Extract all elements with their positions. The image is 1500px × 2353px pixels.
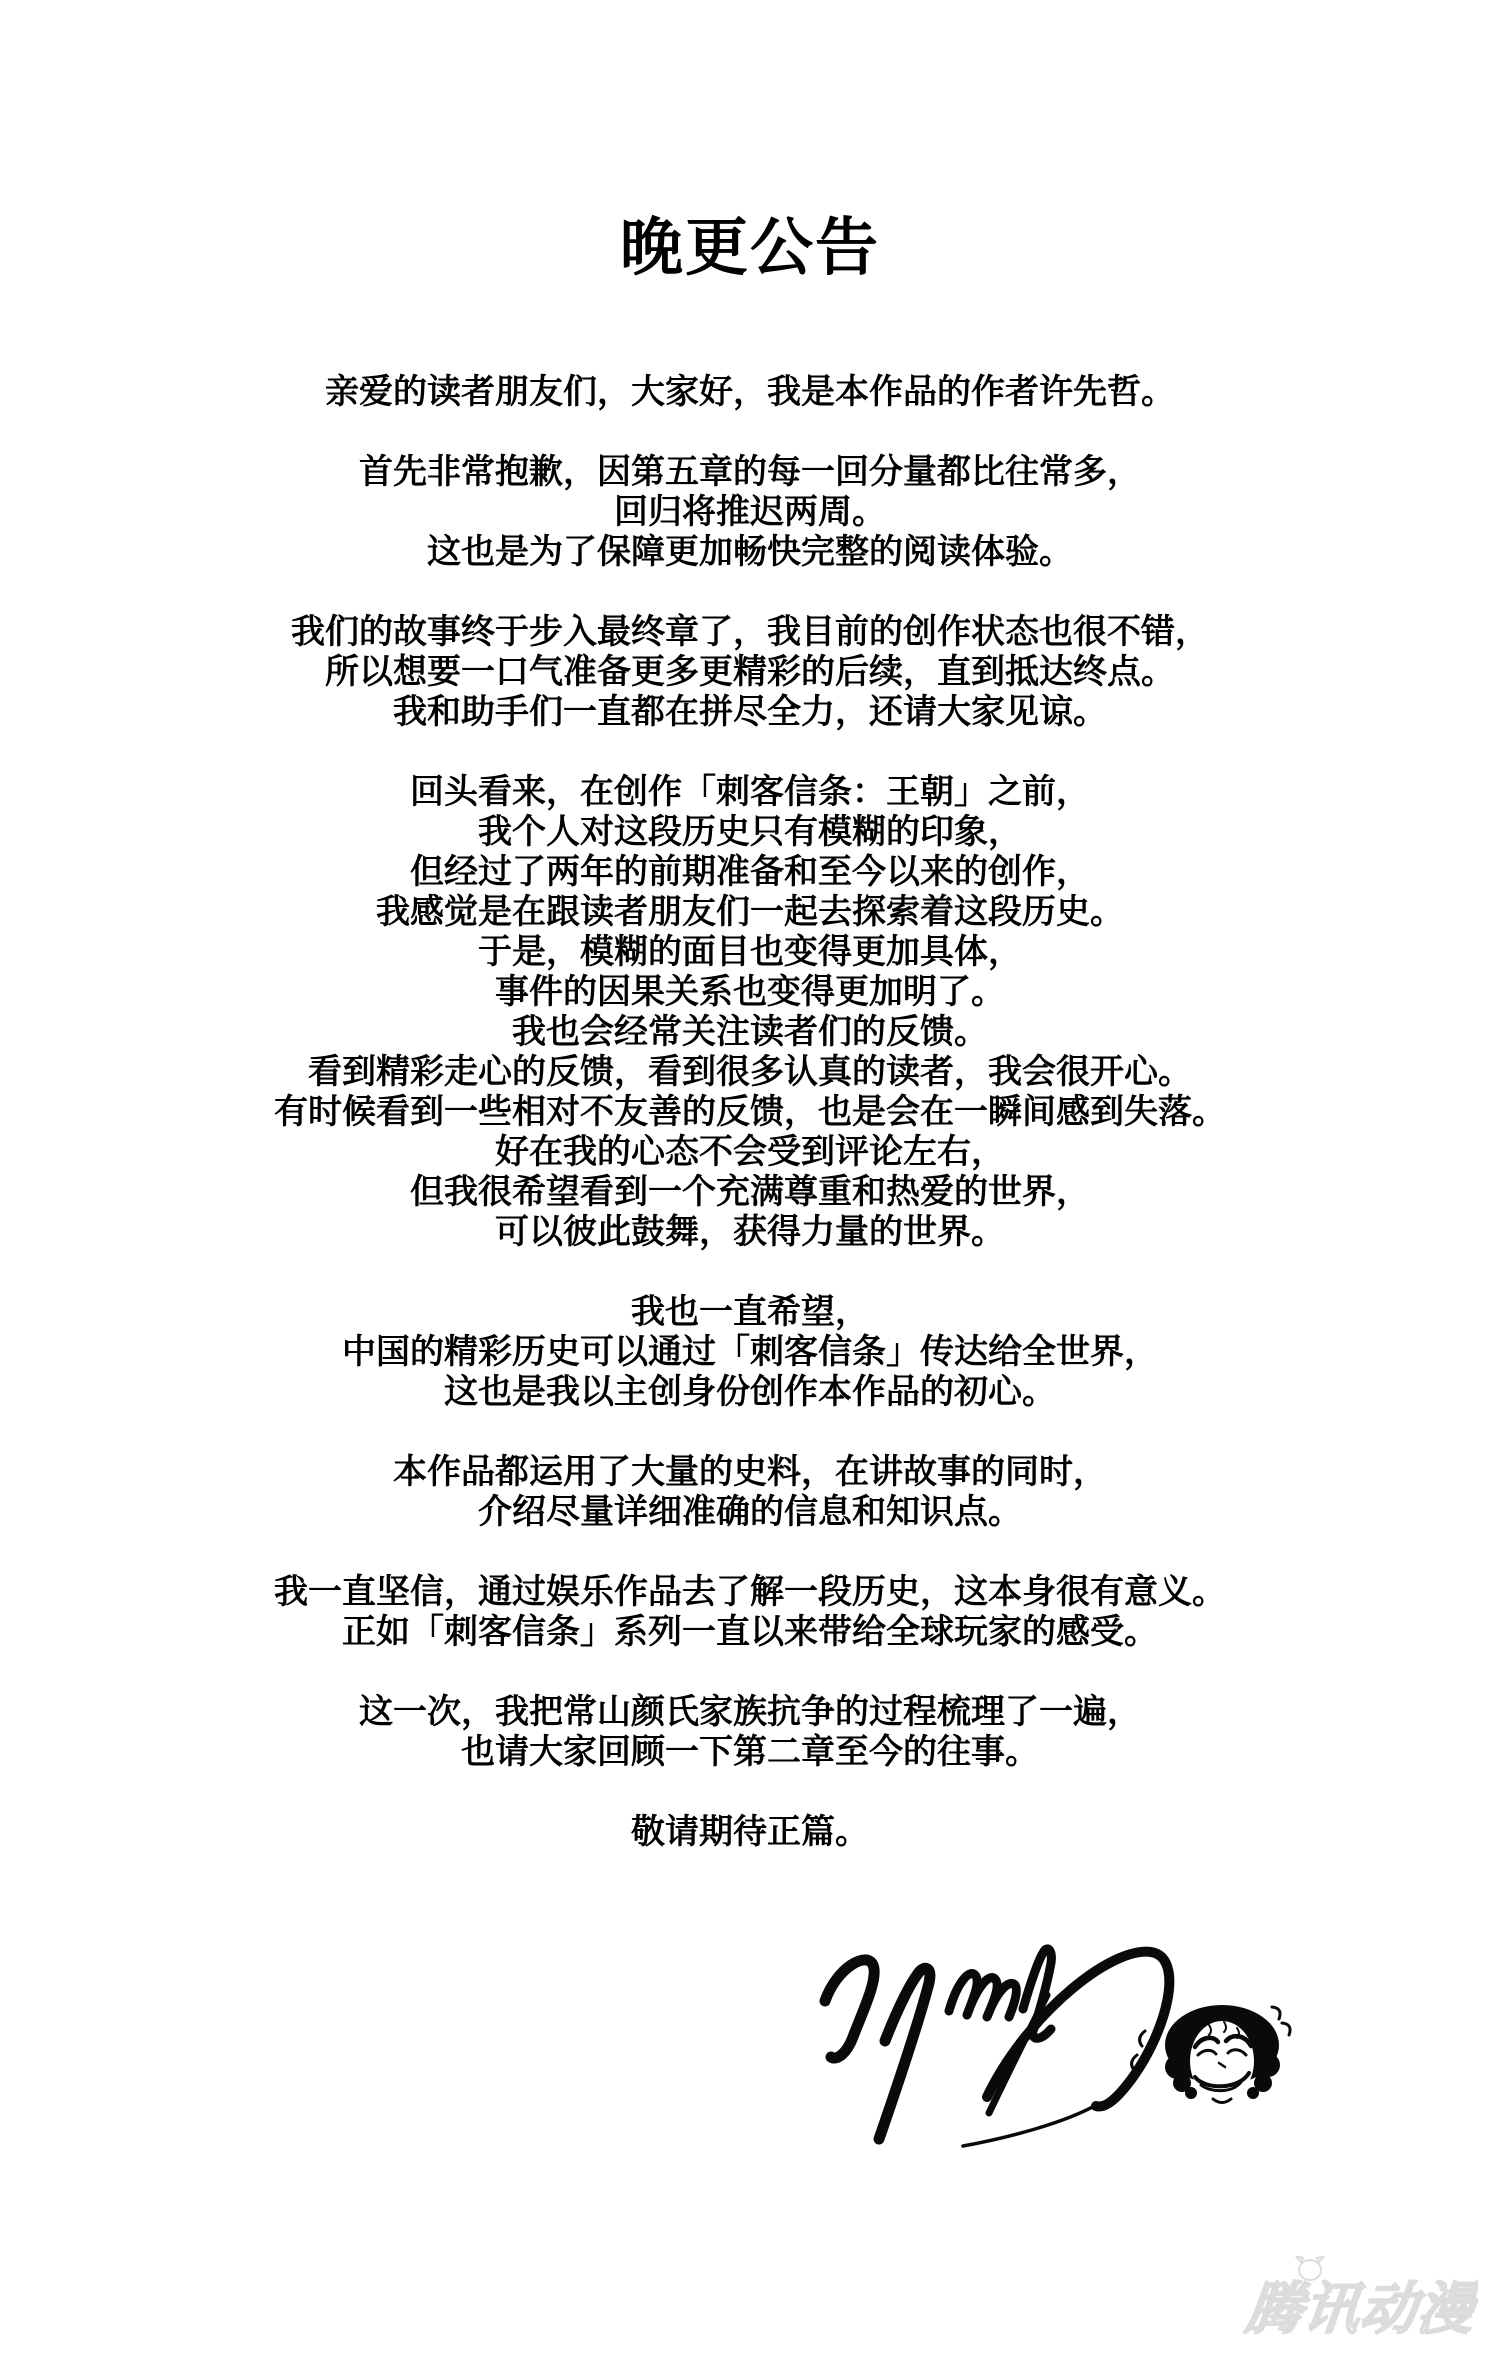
announcement-paragraph: 回头看来，在创作「刺客信条：王朝」之前，我个人对这段历史只有模糊的印象，但经过了… — [0, 772, 1500, 1252]
announcement-line: 亲爱的读者朋友们，大家好，我是本作品的作者许先哲。 — [0, 372, 1500, 412]
announcement-line: 中国的精彩历史可以通过「刺客信条」传达给全世界， — [0, 1332, 1500, 1372]
announcement-body: 亲爱的读者朋友们，大家好，我是本作品的作者许先哲。首先非常抱歉，因第五章的每一回… — [0, 372, 1500, 1852]
announcement-page: 晚更公告 亲爱的读者朋友们，大家好，我是本作品的作者许先哲。首先非常抱歉，因第五… — [0, 0, 1500, 2353]
announcement-line: 事件的因果关系也变得更加明了。 — [0, 972, 1500, 1012]
announcement-line: 我和助手们一直都在拼尽全力，还请大家见谅。 — [0, 692, 1500, 732]
announcement-line: 敬请期待正篇。 — [0, 1812, 1500, 1852]
tencent-comics-watermark: 腾讯动漫 — [1238, 2256, 1478, 2346]
announcement-line: 本作品都运用了大量的史料，在讲故事的同时， — [0, 1452, 1500, 1492]
announcement-paragraph: 敬请期待正篇。 — [0, 1812, 1500, 1852]
announcement-paragraph: 我们的故事终于步入最终章了，我目前的创作状态也很不错，所以想要一口气准备更多更精… — [0, 612, 1500, 732]
announcement-line: 可以彼此鼓舞，获得力量的世界。 — [0, 1212, 1500, 1252]
announcement-line: 好在我的心态不会受到评论左右， — [0, 1132, 1500, 1172]
watermark-text: 腾讯动漫 — [1242, 2277, 1478, 2340]
signature-stroke — [825, 1960, 874, 2058]
announcement-paragraph: 我一直坚信，通过娱乐作品去了解一段历史，这本身很有意义。正如「刺客信条」系列一直… — [0, 1572, 1500, 1652]
announcement-paragraph: 本作品都运用了大量的史料，在讲故事的同时，介绍尽量详细准确的信息和知识点。 — [0, 1452, 1500, 1532]
announcement-line: 看到精彩走心的反馈，看到很多认真的读者，我会很开心。 — [0, 1052, 1500, 1092]
announcement-line: 我一直坚信，通过娱乐作品去了解一段历史，这本身很有意义。 — [0, 1572, 1500, 1612]
announcement-line: 但我很希望看到一个充满尊重和热爱的世界， — [0, 1172, 1500, 1212]
announcement-line: 介绍尽量详细准确的信息和知识点。 — [0, 1492, 1500, 1532]
announcement-line: 这也是为了保障更加畅快完整的阅读体验。 — [0, 532, 1500, 572]
announcement-line: 但经过了两年的前期准备和至今以来的创作， — [0, 852, 1500, 892]
announcement-line: 回归将推迟两周。 — [0, 492, 1500, 532]
announcement-line: 我感觉是在跟读者朋友们一起去探索着这段历史。 — [0, 892, 1500, 932]
announcement-line: 这也是我以主创身份创作本作品的初心。 — [0, 1372, 1500, 1412]
announcement-paragraph: 这一次，我把常山颜氏家族抗争的过程梳理了一遍，也请大家回顾一下第二章至今的往事。 — [0, 1692, 1500, 1772]
announcement-paragraph: 我也一直希望，中国的精彩历史可以通过「刺客信条」传达给全世界，这也是我以主创身份… — [0, 1292, 1500, 1412]
announcement-line: 有时候看到一些相对不友善的反馈，也是会在一瞬间感到失落。 — [0, 1092, 1500, 1132]
announcement-line: 于是，模糊的面目也变得更加具体， — [0, 932, 1500, 972]
announcement-line: 我们的故事终于步入最终章了，我目前的创作状态也很不错， — [0, 612, 1500, 652]
signature-stroke — [963, 2104, 1098, 2146]
author-caricature-face-icon — [1125, 1995, 1300, 2115]
announcement-paragraph: 首先非常抱歉，因第五章的每一回分量都比往常多，回归将推迟两周。这也是为了保障更加… — [0, 452, 1500, 572]
announcement-line: 也请大家回顾一下第二章至今的往事。 — [0, 1732, 1500, 1772]
announcement-line: 我个人对这段历史只有模糊的印象， — [0, 812, 1500, 852]
avatar-face — [1190, 2021, 1254, 2101]
announcement-line: 我也会经常关注读者们的反馈。 — [0, 1012, 1500, 1052]
announcement-line: 正如「刺客信条」系列一直以来带给全球玩家的感受。 — [0, 1612, 1500, 1652]
announcement-line: 这一次，我把常山颜氏家族抗争的过程梳理了一遍， — [0, 1692, 1500, 1732]
announcement-line: 首先非常抱歉，因第五章的每一回分量都比往常多， — [0, 452, 1500, 492]
page-title: 晚更公告 — [0, 0, 1500, 280]
announcement-line: 所以想要一口气准备更多更精彩的后续，直到抵达终点。 — [0, 652, 1500, 692]
announcement-line: 我也一直希望， — [0, 1292, 1500, 1332]
announcement-paragraph: 亲爱的读者朋友们，大家好，我是本作品的作者许先哲。 — [0, 372, 1500, 412]
signature-stroke — [949, 1974, 1016, 2017]
announcement-line: 回头看来，在创作「刺客信条：王朝」之前， — [0, 772, 1500, 812]
signature-stroke — [879, 1968, 930, 2139]
